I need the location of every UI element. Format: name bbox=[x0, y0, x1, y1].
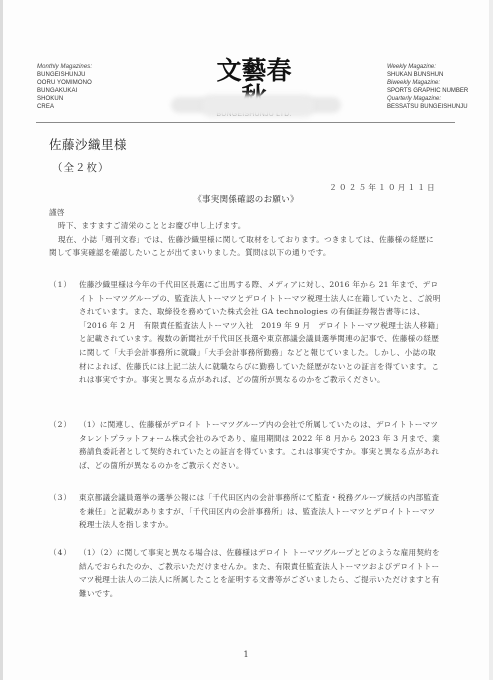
magazine-frequency-label: Quarterly Magazine: bbox=[387, 95, 468, 103]
question-item: （1） 佐藤沙織里様は今年の千代田区長選にご出馬する際、メディアに対し、2016… bbox=[49, 278, 441, 387]
intro-paragraphs: 時下、ますますご清栄のこととお慶び申し上げます。 現在、小誌「週刊文春」では、佐… bbox=[49, 219, 441, 260]
letterhead-other-magazines: Weekly Magazine: SHUKAN BUNSHUN Biweekly… bbox=[387, 63, 468, 111]
question-number: （1） bbox=[49, 278, 79, 387]
redacted-area bbox=[203, 95, 313, 117]
magazine-name: SHOKUN bbox=[37, 95, 92, 103]
question-item: （2） （1）に関連し、佐藤様がデロイト トーマツグループ内の会社で所属していた… bbox=[49, 418, 441, 472]
intro-paragraph: 時下、ますますご清栄のこととお慶び申し上げます。 bbox=[49, 219, 441, 233]
question-number: （3） bbox=[49, 491, 79, 532]
question-text: （1）（2）に関して事実と異なる場合は、佐藤様はデロイト トーマツグループとどの… bbox=[79, 546, 441, 600]
letterhead-divider bbox=[36, 122, 455, 123]
addressee: 佐藤沙織里様 bbox=[49, 135, 127, 153]
page-count: （全２枚） bbox=[52, 160, 110, 175]
greeting: 謹啓 bbox=[49, 206, 65, 220]
document-page: Monthly Magazines: BUNGEISHUNJU OORU YOM… bbox=[3, 0, 489, 680]
magazine-frequency-label: Biweekly Magazine: bbox=[387, 79, 468, 87]
question-number: （4） bbox=[49, 546, 79, 600]
document-date: ２０２５年１０月１１日 bbox=[329, 182, 437, 193]
magazine-name: CREA bbox=[37, 103, 92, 111]
question-number: （2） bbox=[49, 418, 79, 472]
weekly-magazine: Weekly Magazine: SHUKAN BUNSHUN bbox=[387, 63, 468, 79]
question-item: （4） （1）（2）に関して事実と異なる場合は、佐藤様はデロイト トーマツグルー… bbox=[49, 546, 441, 600]
page-right-edge bbox=[489, 0, 493, 680]
monthly-magazines-label: Monthly Magazines: bbox=[37, 63, 92, 71]
magazine-name: OORU YOMIMONO bbox=[37, 79, 92, 87]
question-text: 佐藤沙織里様は今年の千代田区長選にご出馬する際、メディアに対し、2016 年から… bbox=[79, 278, 441, 387]
quarterly-magazine: Quarterly Magazine: BESSATSU BUNGEISHUNJ… bbox=[387, 95, 468, 111]
biweekly-magazine: Biweekly Magazine: SPORTS GRAPHIC NUMBER bbox=[387, 79, 468, 95]
magazine-name: SHUKAN BUNSHUN bbox=[387, 71, 468, 79]
magazine-name: BUNGEISHUNJU bbox=[37, 71, 92, 79]
intro-paragraph: 現在、小誌「週刊文春」では、佐藤沙織里様に関して取材をしております。つきましては… bbox=[49, 233, 441, 260]
magazine-name: BUNGAKUKAI bbox=[37, 87, 92, 95]
question-text: 東京都議会議員選挙の選挙公報には「千代田区内の会計事務所にて監査・税務グループ統… bbox=[79, 491, 441, 532]
question-text: （1）に関連し、佐藤様がデロイト トーマツグループ内の会社で所属していたのは、デ… bbox=[79, 418, 441, 472]
magazine-name: SPORTS GRAPHIC NUMBER bbox=[387, 87, 468, 95]
question-item: （3） 東京都議会議員選挙の選挙公報には「千代田区内の会計事務所にて監査・税務グ… bbox=[49, 491, 441, 532]
magazine-name: BESSATSU BUNGEISHUNJU bbox=[387, 103, 468, 111]
page-number: 1 bbox=[3, 650, 489, 659]
letterhead-monthly-magazines: Monthly Magazines: BUNGEISHUNJU OORU YOM… bbox=[37, 63, 92, 111]
document-title: 《事実関係確認のお願い》 bbox=[3, 193, 489, 205]
magazine-frequency-label: Weekly Magazine: bbox=[387, 63, 468, 71]
